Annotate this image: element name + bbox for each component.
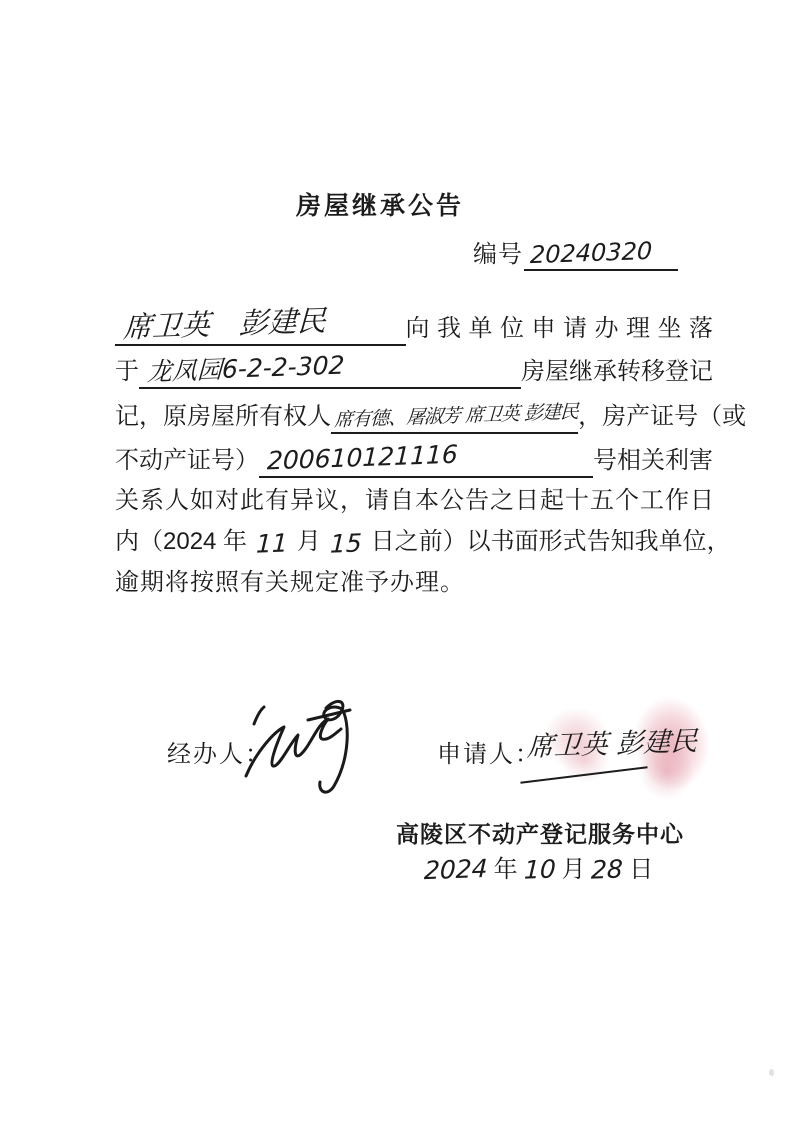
body-line-5-text: 关系人如对此有异议，请自本公告之日起十五个工作日 xyxy=(115,484,715,518)
certificate-number-handwritten: 200610121116 xyxy=(267,439,459,477)
body-line-6: 内（2024 年11月15日之前）以书面形式告知我单位， xyxy=(115,525,713,559)
body-line-7: 逾期将按照有关规定准予办理。 xyxy=(115,566,713,600)
deadline-month-handwritten: 11 xyxy=(256,528,289,559)
issue-date-row: 2024 年 10 月 28 日 xyxy=(424,849,653,885)
body-line-4: 不动产证号）200610121116号相关利害 xyxy=(115,442,713,478)
body-line-7-text: 逾期将按照有关规定准予办理。 xyxy=(115,566,465,600)
address-handwritten: 龙凤园6-2-2-302 xyxy=(147,350,345,388)
body-line-2-prefix: 于 xyxy=(115,355,139,389)
issue-year-handwritten: 2024 xyxy=(423,854,488,886)
issuing-organization: 高陵区不动产登记服务中心 xyxy=(396,816,684,849)
body-line-1: 席卫英 彭建民向我单位申请办理坐落 xyxy=(115,308,713,346)
owners-blank-underline: 席有德、屠淑芳 席卫英 彭建民 xyxy=(331,398,578,434)
body-line-3: 记，原房屋所有权人席有德、屠淑芳 席卫英 彭建民，房产证号（或 xyxy=(115,398,713,434)
body-line-2-suffix: 房屋继承转移登记 xyxy=(521,355,713,389)
owners-handwritten-names: 席有德、屠淑芳 席卫英 彭建民 xyxy=(334,397,579,436)
body-line-6-part2: 月 xyxy=(297,525,321,559)
issue-day-handwritten: 28 xyxy=(591,854,624,885)
body-line-4-suffix: 号相关利害 xyxy=(593,444,713,478)
certificate-blank-underline: 200610121116 xyxy=(259,442,593,478)
month-label: 月 xyxy=(561,849,585,885)
day-label: 日 xyxy=(629,849,653,885)
scan-artifact-speck xyxy=(769,1069,774,1076)
scanned-document-page: 房屋继承公告 编号 20240320 席卫英 彭建民向我单位申请办理坐落 于龙凤… xyxy=(0,0,800,1140)
document-title: 房屋继承公告 xyxy=(296,186,464,222)
issue-month-handwritten: 10 xyxy=(523,854,556,885)
applicants-blank-underline: 席卫英 彭建民 xyxy=(115,308,406,346)
serial-label: 编号 xyxy=(473,234,523,271)
handler-signature-scribble xyxy=(238,688,388,800)
body-line-6-part3: 日之前）以书面形式告知我单位， xyxy=(371,525,731,559)
body-line-5: 关系人如对此有异议，请自本公告之日起十五个工作日 xyxy=(115,484,713,518)
year-label: 年 xyxy=(494,849,518,885)
body-line-4-prefix: 不动产证号） xyxy=(115,444,259,478)
body-line-6-part1: 内（2024 年 xyxy=(115,525,247,559)
address-blank-underline: 龙凤园6-2-2-302 xyxy=(139,353,521,389)
body-line-3-suffix: ，房产证号（或 xyxy=(578,400,746,434)
body-line-1-printed: 向我单位申请办理坐落 xyxy=(406,312,721,346)
serial-value-underline: 20240320 xyxy=(524,239,678,271)
serial-number-row: 编号 20240320 xyxy=(473,234,678,271)
applicants-handwritten-names: 席卫英 彭建民 xyxy=(123,304,327,343)
serial-handwritten-value: 20240320 xyxy=(530,237,653,269)
deadline-day-handwritten: 15 xyxy=(329,528,362,559)
body-line-2: 于龙凤园6-2-2-302房屋继承转移登记 xyxy=(115,353,713,389)
applicant-handwritten-names: 席卫英 彭建民 xyxy=(527,722,698,761)
body-line-3-prefix: 记，原房屋所有权人 xyxy=(115,400,331,434)
